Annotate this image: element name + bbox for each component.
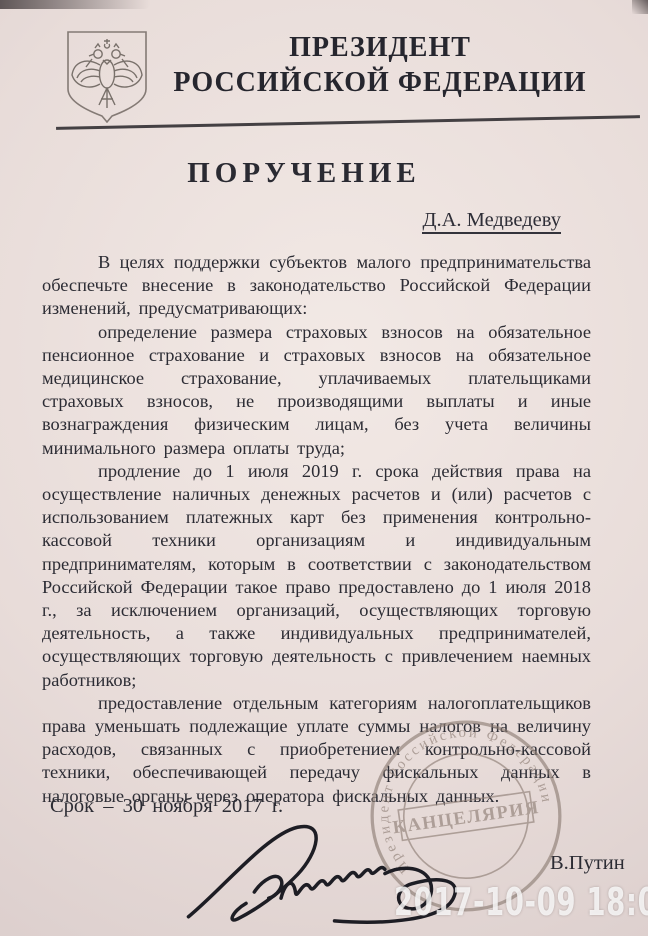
letterhead-line1: ПРЕЗИДЕНТ — [140, 30, 620, 65]
addressee-wrap: Д.А. Медведеву — [0, 209, 561, 232]
document-photo: ПРЕЗИДЕНТ РОССИЙСКОЙ ФЕДЕРАЦИИ ПОРУЧЕНИЕ… — [0, 0, 648, 936]
letterhead-line2: РОССИЙСКОЙ ФЕДЕРАЦИИ — [140, 65, 620, 100]
paragraph-intro: В целях поддержки субъектов малого предп… — [42, 251, 591, 321]
paragraph-insurance: определение размера страховых взносов на… — [42, 321, 591, 460]
russia-coat-of-arms-icon — [64, 29, 150, 123]
addressee: Д.А. Медведеву — [422, 209, 561, 234]
deadline: Срок – 30 ноября 2017 г. — [50, 795, 283, 818]
letterhead: ПРЕЗИДЕНТ РОССИЙСКОЙ ФЕДЕРАЦИИ — [140, 30, 620, 100]
paragraph-extension: продление до 1 июля 2019 г. срока действ… — [42, 460, 591, 692]
photo-edge-artifact — [632, 0, 648, 14]
timestamp-watermark: 2017-10-09 18:0 — [394, 880, 648, 924]
photo-edge-artifact — [0, 0, 150, 9]
document-title: ПОРУЧЕНИЕ — [0, 157, 608, 190]
